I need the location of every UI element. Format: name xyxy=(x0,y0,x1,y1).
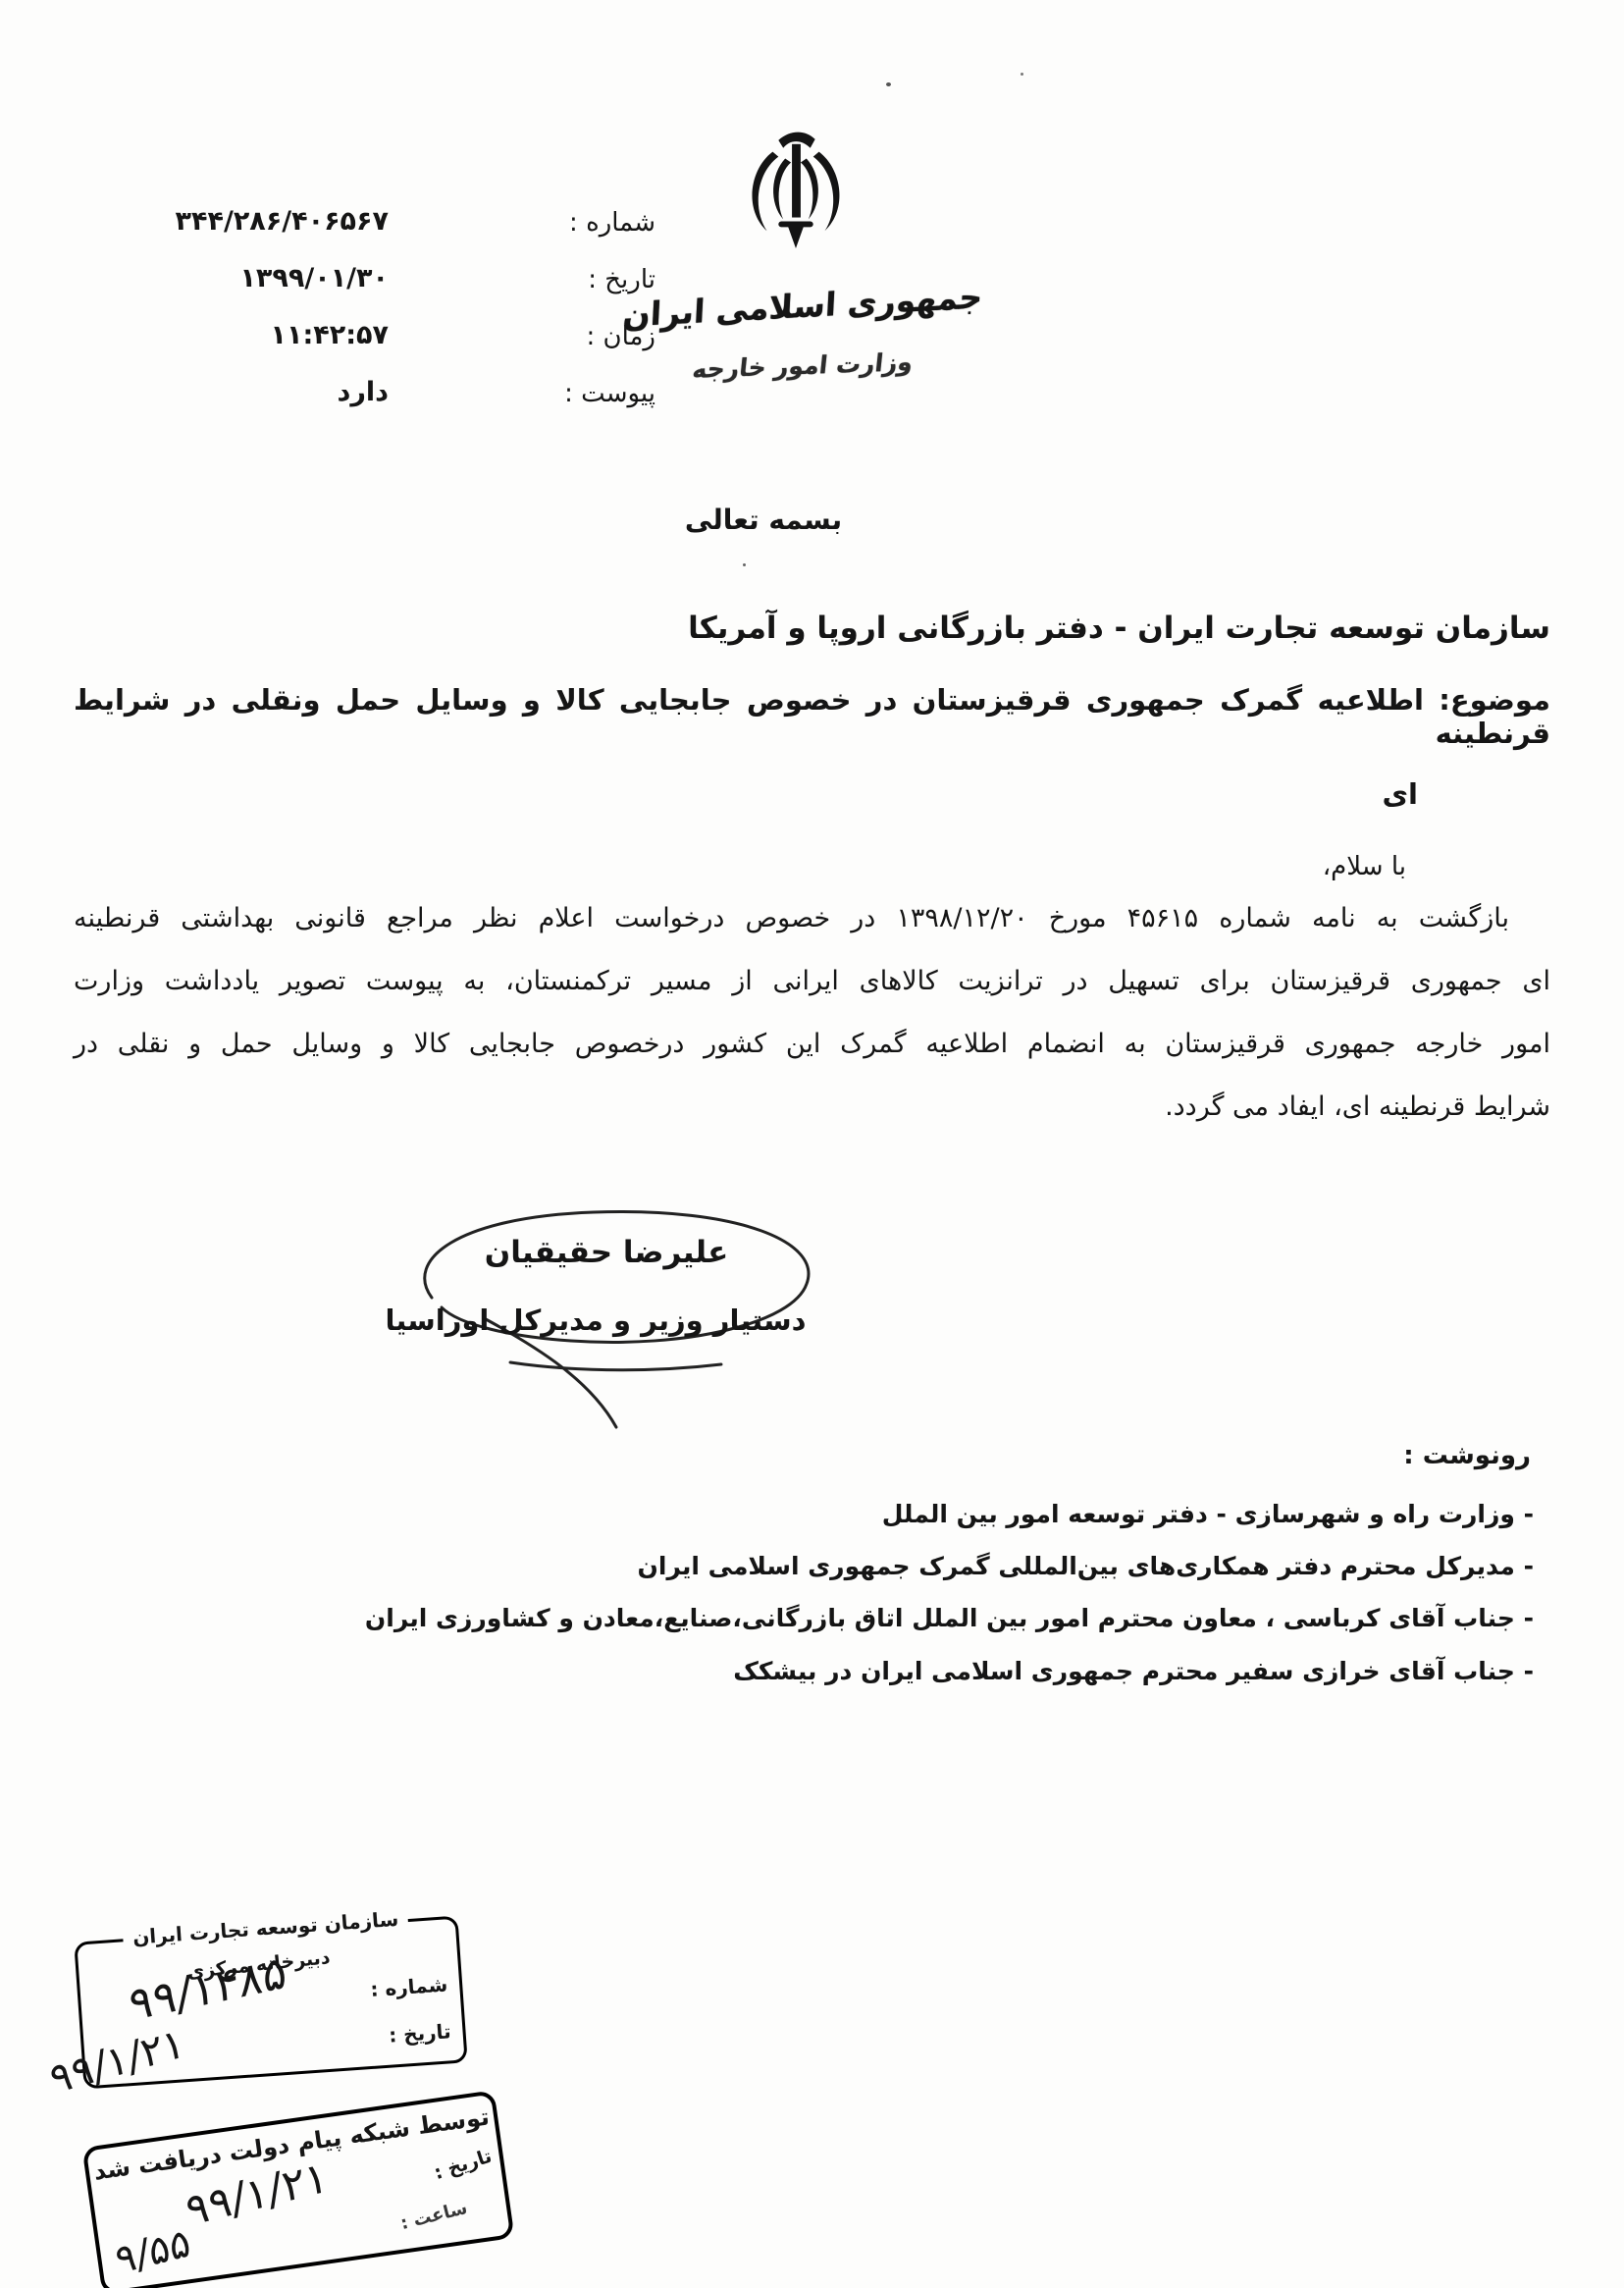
body-line: ای جمهوری قرقیزستان برای تسهیل در ترانزی… xyxy=(74,966,1550,996)
signer-title: دستیار وزیر و مدیرکل اوراسیا xyxy=(355,1304,836,1337)
addressee-line: سازمان توسعه تجارت ایران - دفتر بازرگانی… xyxy=(74,611,1550,646)
received-stamp-time-handwritten: ۹/۵۵ xyxy=(113,2220,193,2284)
emblem-country-title: جمهوری اسلامی ایران xyxy=(605,276,1000,335)
scan-speck xyxy=(743,563,746,566)
registry-stamp-org: سازمان توسعه تجارت ایران xyxy=(122,1906,408,1949)
registry-stamp-number-label: شماره : xyxy=(370,1972,448,2000)
received-stamp: توسط شبکه پیام دولت دریافت شد تاریخ : ۹۹… xyxy=(81,2090,514,2288)
received-stamp-date-label: تاریخ : xyxy=(431,2146,494,2185)
body-line: امور خارجه جمهوری قرقیزستان به انضمام اط… xyxy=(74,1029,1550,1059)
subject-line-2: ای xyxy=(1382,777,1418,811)
body-line: بازگشت به نامه شماره ۴۵۶۱۵ مورخ ۱۳۹۸/۱۲/… xyxy=(74,903,1550,933)
subject-line-1: موضوع: اطلاعیه گمرک جمهوری قرقیزستان در … xyxy=(74,683,1550,750)
cc-item: وزارت راه و شهرسازی - دفتر توسعه امور بی… xyxy=(74,1500,1534,1528)
cc-heading: رونوشت : xyxy=(1403,1441,1531,1470)
letter-number-label: شماره : xyxy=(489,208,655,238)
scanned-letter-page: { "header": { "fields": [ { "label": "شم… xyxy=(0,0,1624,2288)
registry-stamp-date-label: تاریخ : xyxy=(388,2019,451,2047)
salutation: با سلام، xyxy=(1323,852,1406,881)
cc-item: مدیرکل محترم دفتر همکاری‌های بین‌المللی … xyxy=(74,1552,1534,1580)
scan-speck xyxy=(886,82,891,86)
letter-attachment-value: دارد xyxy=(77,377,389,407)
letter-number-value: ۳۴۴/۲۸۶/۴۰۶۵۶۷ xyxy=(77,206,389,237)
besmellah: بسمه تعالی xyxy=(636,504,891,536)
received-stamp-time-label: ساعت : xyxy=(398,2198,469,2234)
registry-stamp-date-handwritten: ۹۹/۱/۲۱ xyxy=(46,2018,187,2103)
letter-attachment-label: پیوست : xyxy=(489,379,655,408)
body-line: شرایط قرنطینه ای، ایفاد می گردد. xyxy=(74,1091,1550,1122)
letter-date-value: ۱۳۹۹/۰۱/۳۰ xyxy=(77,263,389,293)
letter-time-value: ۱۱:۴۲:۵۷ xyxy=(77,320,389,350)
cc-item: جناب آقای کرباسی ، معاون محترم امور بین … xyxy=(74,1604,1534,1632)
cc-item: جناب آقای خرازی سفیر محترم جمهوری اسلامی… xyxy=(74,1657,1534,1685)
signer-name: علیرضا حقیقیان xyxy=(420,1235,793,1270)
registry-stamp: سازمان توسعه تجارت ایران دبیرخانه مرکزی … xyxy=(74,1916,468,2090)
iran-emblem-icon xyxy=(738,126,854,255)
registry-stamp-number-handwritten: ۹۹/۱۴۸۵ xyxy=(128,1944,288,2031)
emblem-ministry-title: وزارت امور خارجه xyxy=(645,346,962,385)
letter-date-label: تاریخ : xyxy=(489,265,655,294)
scan-speck xyxy=(1021,73,1023,76)
